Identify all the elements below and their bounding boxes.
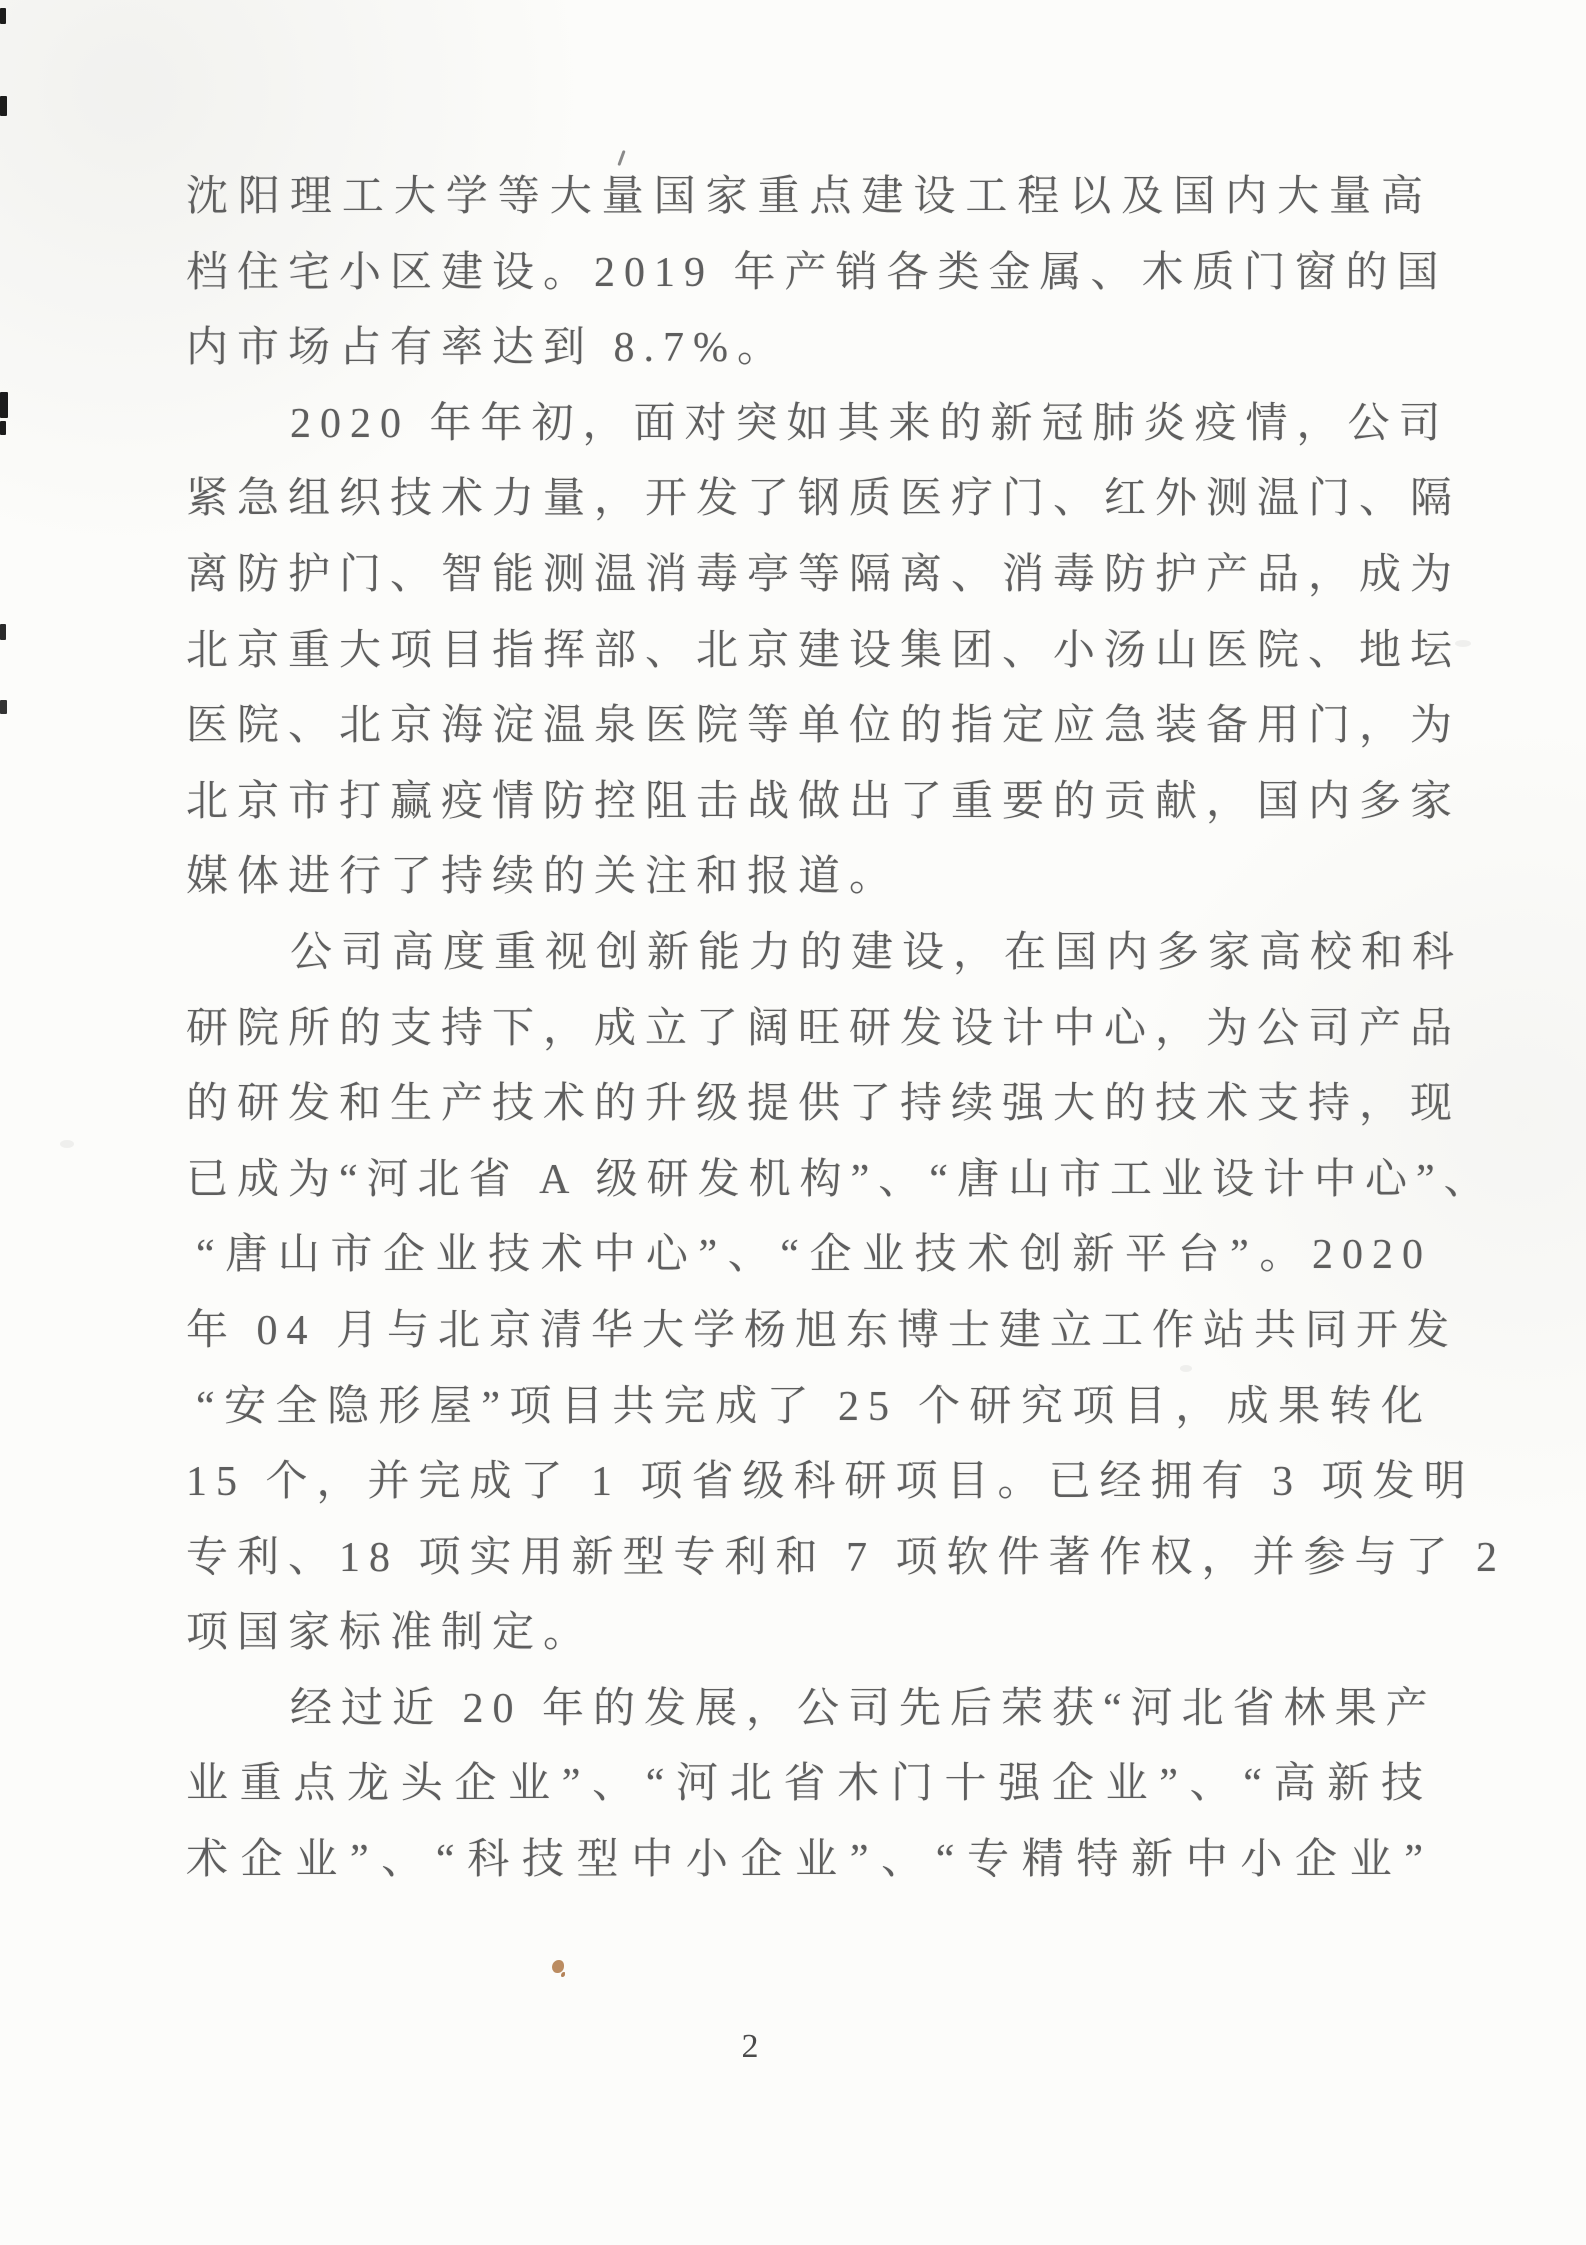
text-line: 媒体进行了持续的关注和报道。: [186, 840, 1432, 916]
scan-mark: [0, 8, 6, 24]
ink-speck: [552, 1960, 564, 1973]
text-line: 研院所的支持下，成立了阔旺研发设计中心，为公司产品: [186, 992, 1432, 1068]
scan-mark: [0, 96, 7, 116]
text-line: 专利、18 项实用新型专利和 7 项软件著作权，并参与了 2: [186, 1521, 1432, 1597]
text-line: 档住宅小区建设。2019 年产销各类金属、木质门窗的国: [186, 236, 1432, 312]
text-line: 紧急组织技术力量，开发了钢质医疗门、红外测温门、隔: [186, 462, 1432, 538]
scan-mark: [0, 624, 6, 640]
text-line: 15 个，并完成了 1 项省级科研项目。已经拥有 3 项发明: [186, 1445, 1432, 1521]
text-line: “安全隐形屋”项目共完成了 25 个研究项目，成果转化: [186, 1370, 1432, 1446]
page-number: 2: [700, 2028, 800, 2066]
text-line: 沈阳理工大学等大量国家重点建设工程以及国内大量高: [186, 160, 1432, 236]
text-line: 北京市打赢疫情防控阻击战做出了重要的贡献，国内多家: [186, 765, 1432, 841]
text-line: 术企业”、“科技型中小企业”、“专精特新中小企业”: [186, 1823, 1432, 1899]
scan-mark: [0, 421, 6, 435]
text-line: 已成为“河北省 A 级研发机构”、“唐山市工业设计中心”、: [186, 1143, 1432, 1219]
text-line: 公司高度重视创新能力的建设，在国内多家高校和科: [186, 916, 1432, 992]
text-line: 的研发和生产技术的升级提供了持续强大的技术支持，现: [186, 1067, 1432, 1143]
scan-smudge: [60, 1140, 74, 1148]
text-line: 离防护门、智能测温消毒亭等隔离、消毒防护产品，成为: [186, 538, 1432, 614]
text-line: 北京重大项目指挥部、北京建设集团、小汤山医院、地坛: [186, 614, 1432, 690]
text-line: 年 04 月与北京清华大学杨旭东博士建立工作站共同开发: [186, 1294, 1432, 1370]
text-line: 内市场占有率达到 8.7%。: [186, 311, 1432, 387]
text-line: 业重点龙头企业”、“河北省木门十强企业”、“高新技: [186, 1747, 1432, 1823]
text-line: “唐山市企业技术中心”、“企业技术创新平台”。2020: [186, 1218, 1432, 1294]
text-line: 2020 年年初，面对突如其来的新冠肺炎疫情，公司: [186, 387, 1432, 463]
text-line: 经过近 20 年的发展，公司先后荣获“河北省林果产: [186, 1672, 1432, 1748]
scan-mark: [0, 700, 7, 714]
scan-mark: [0, 392, 8, 418]
text-line: 医院、北京海淀温泉医院等单位的指定应急装备用门，为: [186, 689, 1432, 765]
document-body: 沈阳理工大学等大量国家重点建设工程以及国内大量高 档住宅小区建设。2019 年产…: [186, 160, 1432, 1899]
scanned-document-page: 沈阳理工大学等大量国家重点建设工程以及国内大量高 档住宅小区建设。2019 年产…: [0, 0, 1586, 2245]
text-line: 项国家标准制定。: [186, 1596, 1432, 1672]
